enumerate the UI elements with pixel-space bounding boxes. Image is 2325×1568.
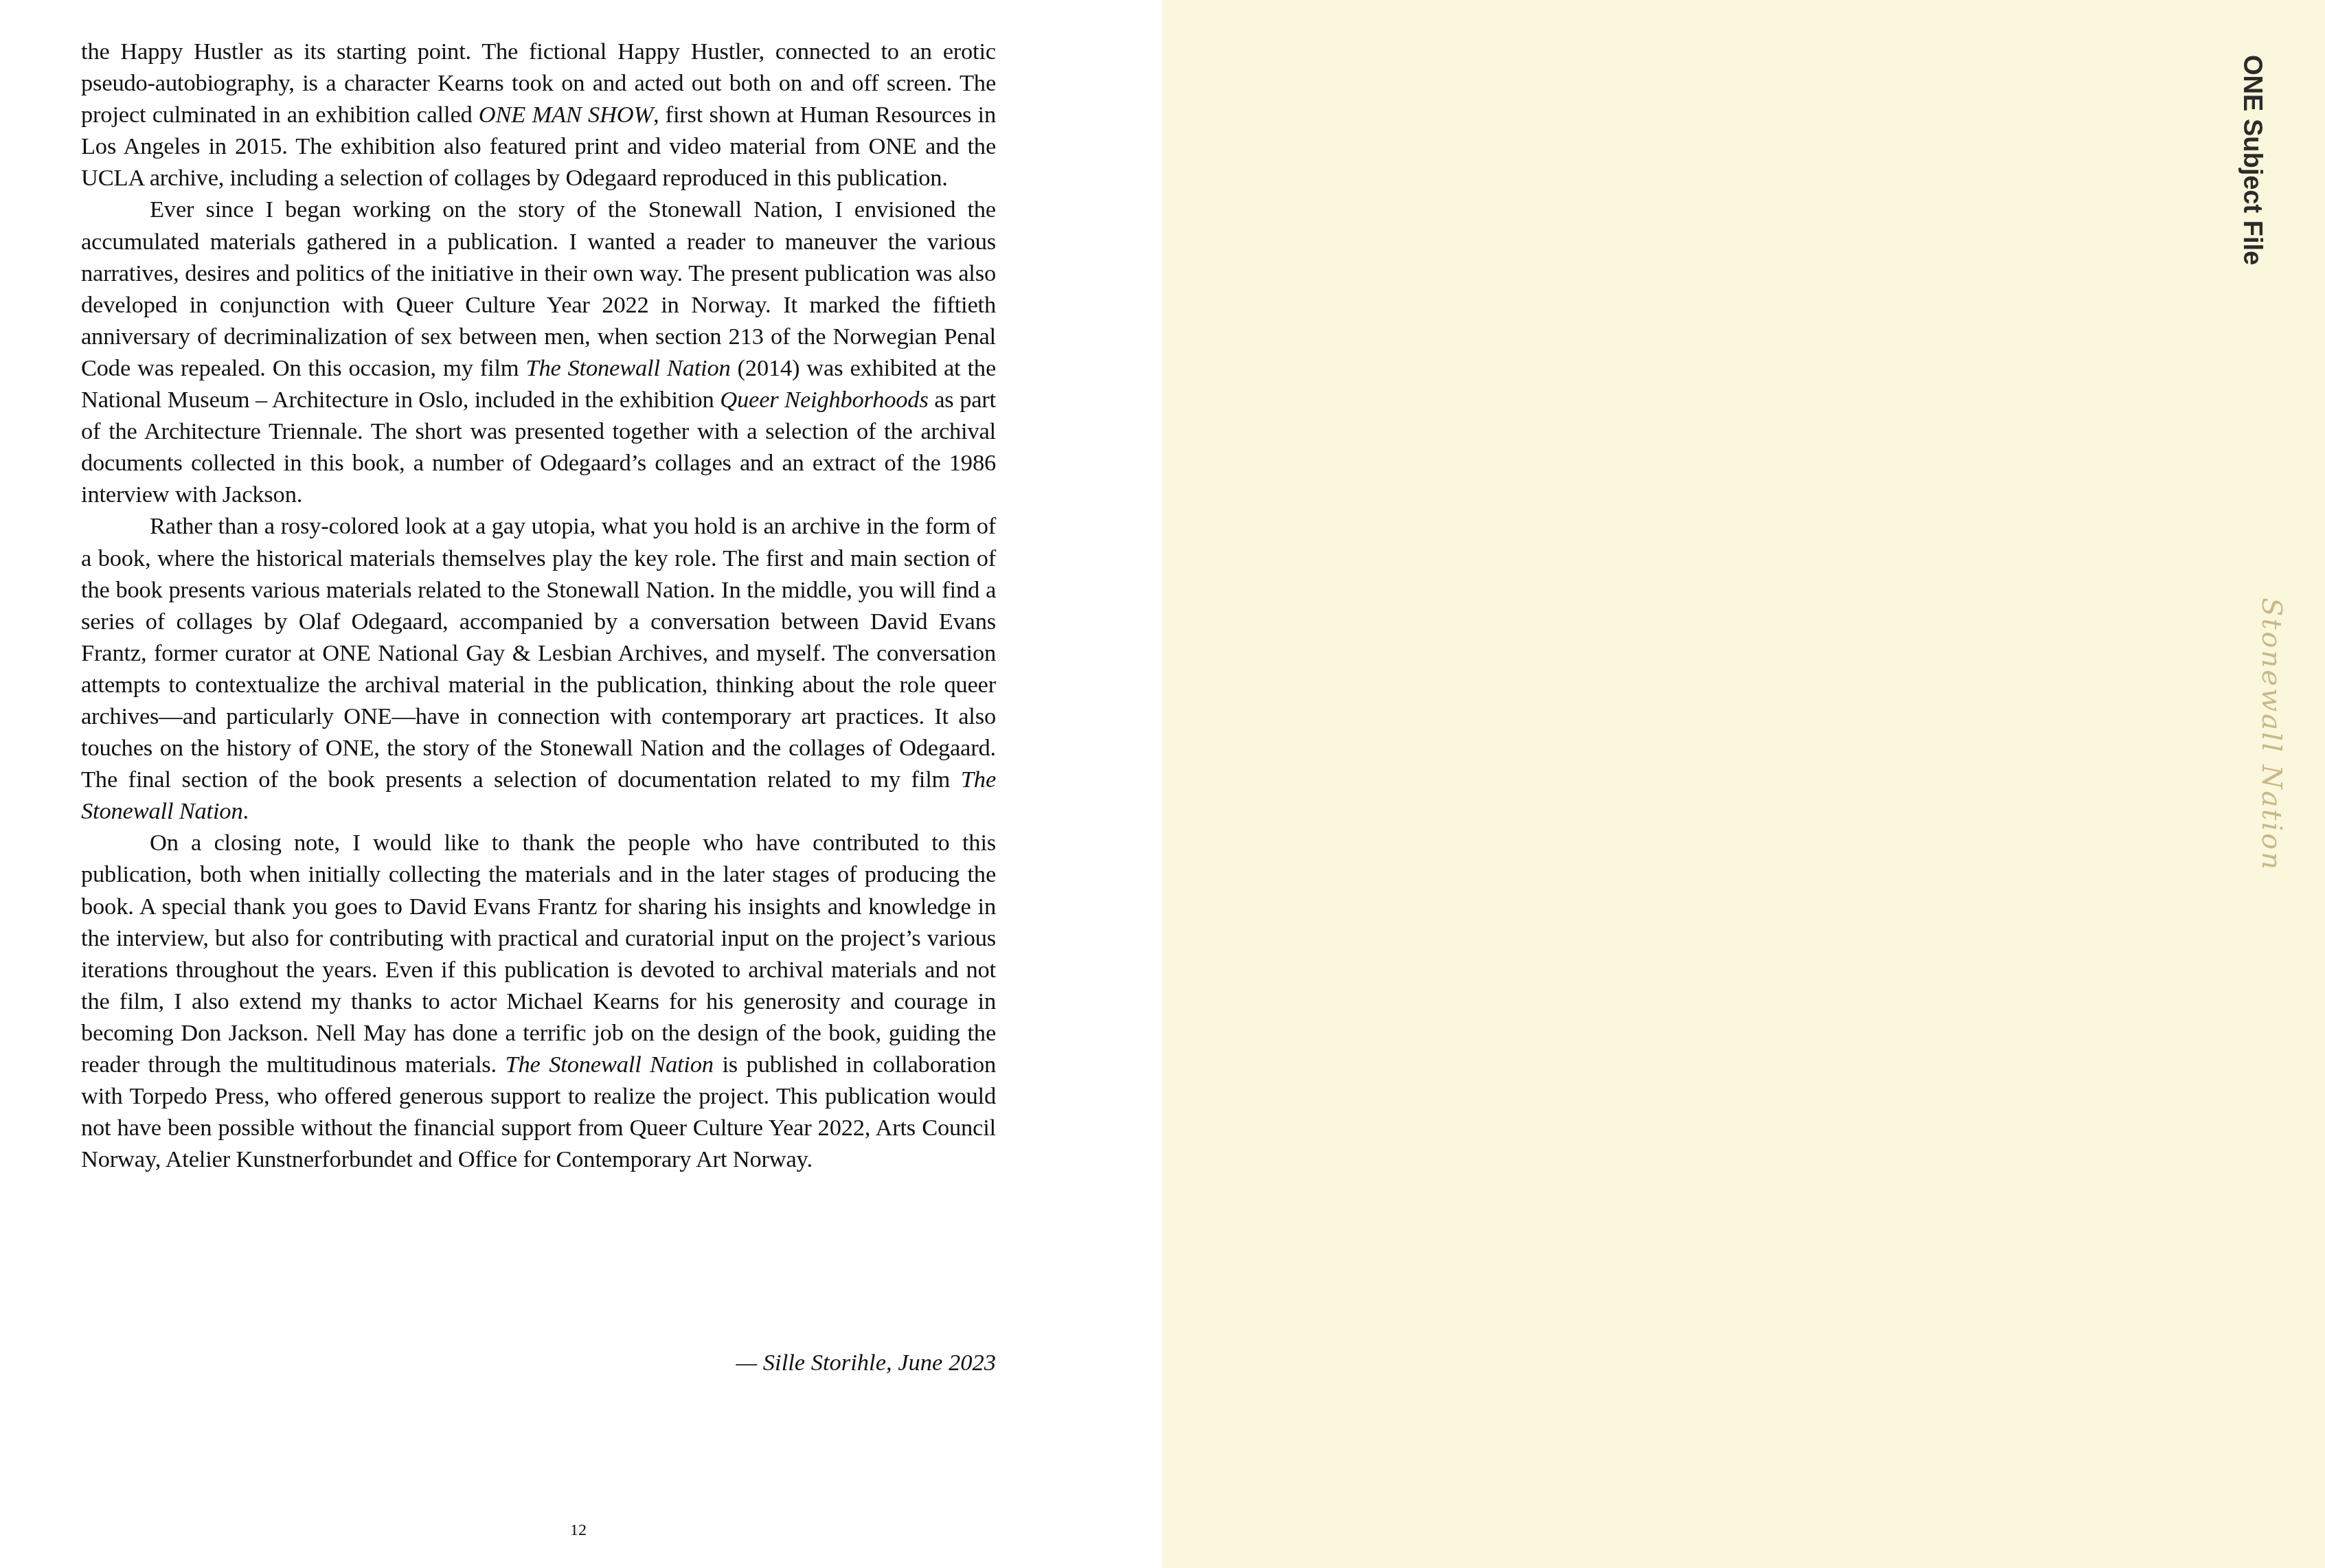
italic-title: The Stonewall Nation [525, 355, 730, 381]
left-page: the Happy Hustler as its starting point.… [0, 0, 1162, 1568]
italic-title: ONE MAN SHOW [479, 102, 653, 128]
right-page-archival-scan: HELP BUILD THE STONEWALL NATION A group … [1162, 0, 2325, 1568]
handwritten-folder-label: Stonewall Nation [2256, 598, 2287, 872]
page-number: 12 [570, 1521, 587, 1540]
essay-paragraph: the Happy Hustler as its starting point.… [81, 36, 996, 194]
folder-tab-label: ONE Subject File [2237, 55, 2267, 265]
essay-paragraph: On a closing note, I would like to thank… [81, 827, 996, 1175]
italic-title: The Stonewall Nation [506, 1052, 714, 1078]
essay-body: the Happy Hustler as its starting point.… [81, 36, 996, 1175]
essay-paragraph: Rather than a rosy-colored look at a gay… [81, 510, 996, 827]
author-signature: — Sille Storihle, June 2023 [736, 1350, 997, 1376]
essay-paragraph: Ever since I began working on the story … [81, 194, 996, 510]
italic-title: Queer Neighborhoods [720, 387, 928, 413]
